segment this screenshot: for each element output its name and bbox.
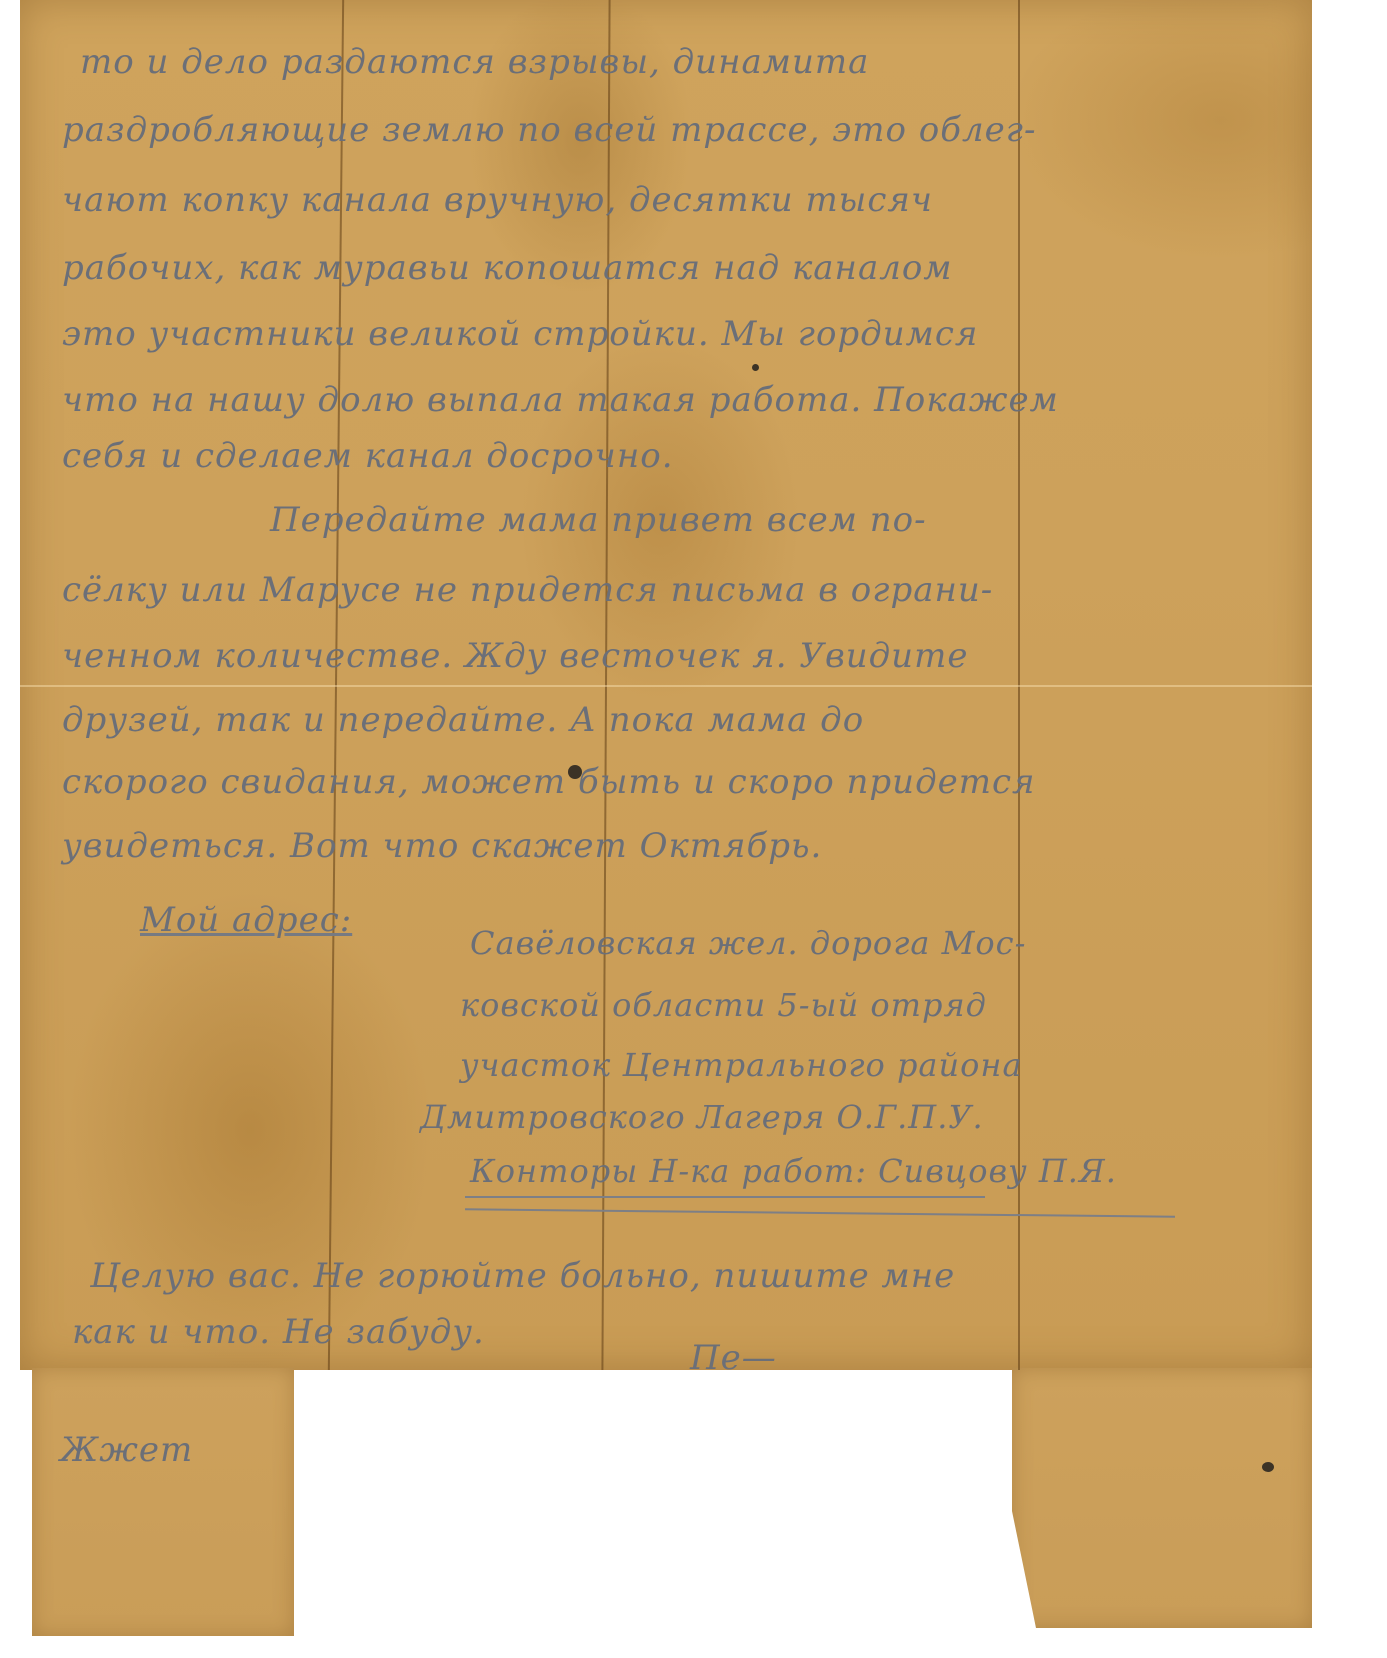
- address-line: Савёловская жел. дорога Мос-: [470, 924, 1026, 962]
- address-label: Мой адрес:: [140, 900, 352, 940]
- body-line: друзей, так и передайте. А пока мама до: [62, 700, 864, 740]
- ink-spot: [1262, 1462, 1274, 1472]
- fold-crease: [20, 685, 1312, 687]
- body-line: чают копку канала вручную, десятки тысяч: [62, 180, 933, 220]
- closing-line: как и что. Не забуду.: [72, 1312, 485, 1352]
- body-line: раздробляющие землю по всей трассе, это …: [62, 110, 1036, 150]
- body-line: это участники великой стройки. Мы гордим…: [62, 314, 978, 354]
- body-line: себя и сделаем канал досрочно.: [62, 436, 674, 476]
- body-line: сёлку или Марусе не придется письма в ог…: [62, 570, 993, 610]
- ink-spot: [752, 364, 759, 371]
- address-line: Дмитровского Лагеря О.Г.П.У.: [420, 1098, 984, 1136]
- body-line: увидеться. Вот что скажет Октябрь.: [62, 826, 822, 866]
- torn-tab-text: Жжет: [60, 1430, 193, 1470]
- body-line: рабочих, как муравьи копошатся над канал…: [62, 248, 953, 288]
- closing-line: Целую вас. Не горюйте больно, пишите мне: [90, 1256, 955, 1296]
- body-line: ченном количестве. Жду весточек я. Увиди…: [62, 636, 968, 676]
- address-line: участок Центрального района: [460, 1046, 1023, 1084]
- body-line: скорого свидания, может быть и скоро при…: [62, 762, 1036, 802]
- address-line: Конторы Н-ка работ: Сивцову П.Я.: [470, 1152, 1117, 1190]
- body-line: что на нашу долю выпала такая работа. По…: [62, 380, 1059, 420]
- address-line: ковской области 5-ый отряд: [460, 986, 987, 1024]
- torn-tab-right: [1012, 1368, 1312, 1628]
- body-line: то и дело раздаются взрывы, динамита: [80, 42, 869, 82]
- underline-rule: [465, 1196, 985, 1198]
- signature-fragment: Пе—: [690, 1338, 777, 1378]
- body-line: Передайте мама привет всем по-: [270, 500, 927, 540]
- torn-tab-left: [32, 1368, 294, 1636]
